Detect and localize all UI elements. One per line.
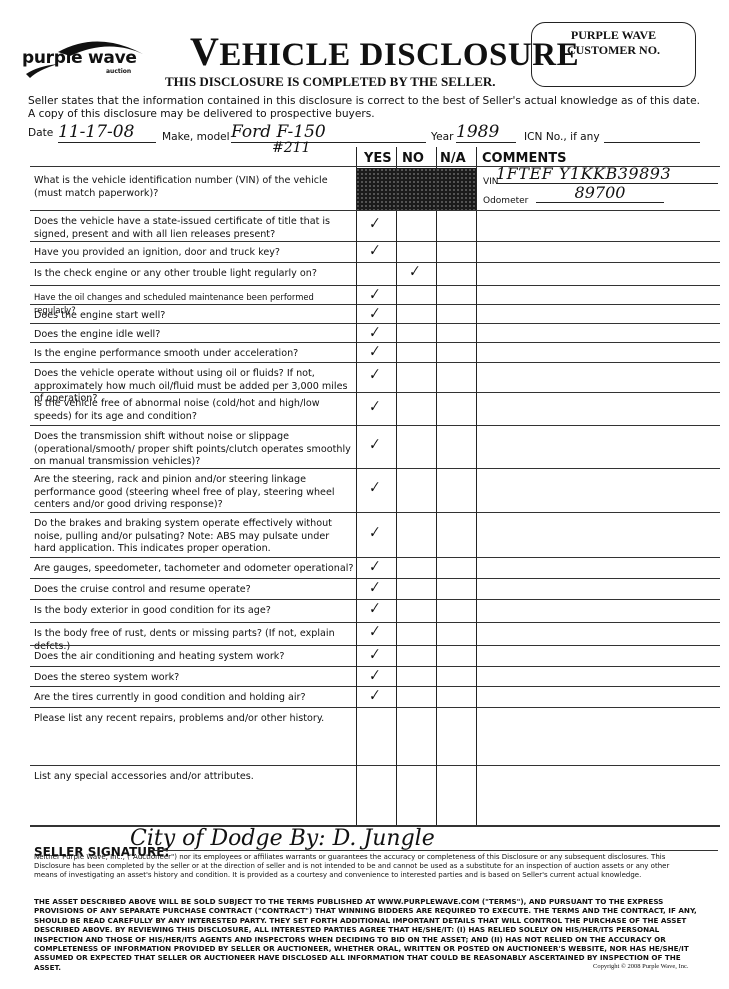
answer-cell-yes[interactable]: ✓: [356, 512, 396, 557]
column-divider: [396, 147, 397, 825]
signature-line: [150, 850, 718, 851]
vin-question: What is the vehicle identification numbe…: [34, 175, 354, 200]
answer-cell-yes[interactable]: ✓: [356, 362, 396, 392]
answer-cell-na[interactable]: [436, 362, 476, 392]
answer-cell-no[interactable]: [396, 425, 436, 468]
column-divider: [356, 147, 357, 825]
answer-cell-no[interactable]: [396, 765, 436, 825]
answer-cell-no[interactable]: [396, 210, 436, 241]
question-row-text: Is the check engine or any other trouble…: [34, 268, 354, 281]
question-row-text: Have you provided an ignition, door and …: [34, 247, 354, 260]
answer-cell-no[interactable]: [396, 342, 436, 362]
question-row-text: Does the vehicle have a state-issued cer…: [34, 216, 354, 241]
column-divider: [436, 147, 437, 825]
answer-cell-na[interactable]: [436, 304, 476, 323]
comments-cell[interactable]: [478, 210, 720, 241]
question-row-text: Are the tires currently in good conditio…: [34, 692, 354, 705]
answer-cell-no[interactable]: ✓: [396, 262, 436, 285]
make-model-label: Make, model: [162, 131, 230, 143]
comments-cell[interactable]: [478, 512, 720, 557]
customer-number-box[interactable]: PURPLE WAVE CUSTOMER NO.: [531, 22, 696, 87]
logo-text: purple wave: [22, 48, 137, 68]
make-model-field[interactable]: Ford F-150: [231, 122, 426, 143]
answer-cell-yes[interactable]: ✓: [356, 686, 396, 707]
make-model-note: #211: [272, 140, 310, 156]
answer-cell-no[interactable]: [396, 304, 436, 323]
answer-cell-yes[interactable]: ✓: [356, 557, 396, 578]
odometer-field[interactable]: 89700: [536, 183, 664, 203]
question-row-text: Does the transmission shift without nois…: [34, 431, 354, 469]
intro-statement: Seller states that the information conta…: [28, 95, 700, 121]
year-label: Year: [431, 131, 453, 143]
check-mark-icon: ✓: [366, 242, 381, 260]
question-row-text: Is the body free of rust, dents or missi…: [34, 628, 354, 653]
answer-cell-yes[interactable]: ✓: [356, 323, 396, 342]
check-mark-icon: ✓: [366, 558, 381, 576]
question-row-text: List any special accessories and/or attr…: [34, 771, 354, 784]
answer-cell-no[interactable]: [396, 557, 436, 578]
page-subtitle: THIS DISCLOSURE IS COMPLETED BY THE SELL…: [165, 74, 496, 90]
comments-cell[interactable]: [478, 241, 720, 262]
question-row-text: Do the brakes and braking system operate…: [34, 518, 354, 556]
date-field[interactable]: 11-17-08: [58, 122, 156, 143]
question-row-text: Is the engine performance smooth under a…: [34, 348, 354, 361]
answer-cell-na[interactable]: [436, 512, 476, 557]
comments-cell[interactable]: [478, 686, 720, 707]
comments-cell[interactable]: [478, 468, 720, 512]
answer-cell-na[interactable]: [436, 241, 476, 262]
comments-cell[interactable]: [478, 342, 720, 362]
question-row-text: Are the steering, rack and pinion and/or…: [34, 474, 354, 512]
check-mark-icon: ✓: [406, 263, 421, 281]
check-mark-icon: ✓: [366, 479, 381, 497]
check-mark-icon: ✓: [366, 343, 381, 361]
answer-cell-no[interactable]: [396, 686, 436, 707]
answer-cell-yes[interactable]: ✓: [356, 425, 396, 468]
comments-cell[interactable]: [478, 362, 720, 392]
check-mark-icon: ✓: [366, 286, 381, 304]
column-divider: [476, 147, 477, 825]
answer-cell-yes[interactable]: ✓: [356, 666, 396, 686]
answer-cell-no[interactable]: [396, 622, 436, 645]
question-row-text: Does the engine start well?: [34, 310, 354, 323]
answer-cell-yes[interactable]: ✓: [356, 468, 396, 512]
check-mark-icon: ✓: [366, 687, 381, 705]
check-mark-icon: ✓: [366, 435, 381, 453]
copyright-text: Copyright © 2008 Purple Wave, Inc.: [593, 963, 688, 970]
check-mark-icon: ✓: [366, 646, 381, 664]
answer-cell-no[interactable]: [396, 599, 436, 622]
answer-cell-no[interactable]: [396, 362, 436, 392]
check-mark-icon: ✓: [366, 324, 381, 342]
check-mark-icon: ✓: [366, 397, 381, 415]
col-yes-header: YES: [364, 151, 392, 166]
question-row-text: Does the cruise control and resume opera…: [34, 584, 354, 597]
purple-wave-logo: purple wave auction: [18, 36, 158, 78]
answer-cell-na[interactable]: [436, 468, 476, 512]
answer-cell-yes[interactable]: ✓: [356, 285, 396, 304]
icn-label: ICN No., if any: [524, 131, 600, 143]
question-row-text: Is the vehicle free of abnormal noise (c…: [34, 398, 354, 423]
check-mark-icon: ✓: [366, 305, 381, 323]
answer-cell-no[interactable]: [396, 323, 436, 342]
comments-cell[interactable]: [478, 578, 720, 599]
answer-cell-no[interactable]: [396, 392, 436, 425]
check-mark-icon: ✓: [366, 366, 381, 384]
answer-cell-na[interactable]: [436, 392, 476, 425]
logo-subtext: auction: [106, 68, 131, 75]
comments-cell[interactable]: [478, 599, 720, 622]
answer-cell-no[interactable]: [396, 512, 436, 557]
answer-cell-na[interactable]: [436, 210, 476, 241]
answer-cell-yes[interactable]: [356, 707, 396, 765]
seller-signature-field[interactable]: City of Dodge By: D. Jungle: [130, 826, 435, 851]
answer-cell-na[interactable]: [436, 285, 476, 304]
disclaimer-text: Neither Purple Wave, Inc., ("Auctioneer"…: [34, 853, 694, 879]
answer-cell-na[interactable]: [436, 323, 476, 342]
icn-field[interactable]: [604, 130, 700, 143]
question-row-text: Please list any recent repairs, problems…: [34, 713, 354, 726]
answer-cell-no[interactable]: [396, 468, 436, 512]
customer-number-label: PURPLE WAVE CUSTOMER NO.: [532, 28, 695, 58]
year-field[interactable]: 1989: [456, 122, 516, 143]
answer-cell-yes[interactable]: ✓: [356, 392, 396, 425]
comments-cell[interactable]: [478, 645, 720, 666]
answer-cell-yes[interactable]: ✓: [356, 210, 396, 241]
header-divider: [30, 166, 720, 167]
col-na-header: N/A: [440, 151, 466, 166]
question-row-text: Are gauges, speedometer, tachometer and …: [34, 563, 354, 576]
check-mark-icon: ✓: [366, 600, 381, 618]
answer-cell-no[interactable]: [396, 645, 436, 666]
answer-cell-no[interactable]: [396, 666, 436, 686]
comments-cell[interactable]: [478, 262, 720, 285]
col-no-header: NO: [402, 151, 424, 166]
question-row-text: Does the air conditioning and heating sy…: [34, 651, 354, 664]
answer-cell-na[interactable]: [436, 262, 476, 285]
question-row-text: Does the engine idle well?: [34, 329, 354, 342]
comments-cell[interactable]: [478, 765, 720, 825]
answer-cell-no[interactable]: [396, 241, 436, 262]
check-mark-icon: ✓: [366, 214, 381, 232]
answer-cell-yes[interactable]: ✓: [356, 304, 396, 323]
page-title: VEHICLE DISCLOSURE: [190, 28, 579, 75]
odometer-label: Odometer: [483, 196, 528, 206]
answer-cell-yes[interactable]: [356, 765, 396, 825]
answer-cell-na[interactable]: [436, 765, 476, 825]
check-mark-icon: ✓: [366, 579, 381, 597]
check-mark-icon: ✓: [366, 667, 381, 685]
check-mark-icon: ✓: [366, 523, 381, 541]
comments-cell[interactable]: [478, 622, 720, 645]
section-divider: [30, 826, 720, 827]
comments-cell[interactable]: [478, 285, 720, 304]
answer-cell-na[interactable]: [436, 666, 476, 686]
answer-cell-yes[interactable]: ✓: [356, 622, 396, 645]
answer-cell-na[interactable]: [436, 557, 476, 578]
question-row-text: Is the body exterior in good condition f…: [34, 605, 354, 618]
comments-cell[interactable]: [478, 557, 720, 578]
comments-cell[interactable]: [478, 666, 720, 686]
answer-cell-na[interactable]: [436, 425, 476, 468]
comments-cell[interactable]: [478, 392, 720, 425]
answer-cell-no[interactable]: [396, 578, 436, 599]
comments-cell[interactable]: [478, 425, 720, 468]
answer-cell-yes[interactable]: ✓: [356, 241, 396, 262]
question-row-text: Does the stereo system work?: [34, 672, 354, 685]
answer-cell-na[interactable]: [436, 686, 476, 707]
answer-cell-yes[interactable]: [356, 262, 396, 285]
check-mark-icon: ✓: [366, 623, 381, 641]
answer-cell-na[interactable]: [436, 645, 476, 666]
comments-cell[interactable]: [478, 707, 720, 765]
legal-terms-text: THE ASSET DESCRIBED ABOVE WILL BE SOLD S…: [34, 897, 699, 972]
answer-cell-yes[interactable]: ✓: [356, 645, 396, 666]
answer-cell-na[interactable]: [436, 622, 476, 645]
answer-cell-no[interactable]: [396, 285, 436, 304]
date-label: Date: [28, 127, 53, 139]
answer-cell-na[interactable]: [436, 342, 476, 362]
comments-cell[interactable]: [478, 304, 720, 323]
header-divider: [30, 210, 720, 211]
comments-cell[interactable]: [478, 323, 720, 342]
answer-cell-no[interactable]: [396, 707, 436, 765]
answer-cell-yes[interactable]: ✓: [356, 599, 396, 622]
answer-cell-yes[interactable]: ✓: [356, 342, 396, 362]
answer-cell-na[interactable]: [436, 578, 476, 599]
answer-cell-yes[interactable]: ✓: [356, 578, 396, 599]
answer-cell-na[interactable]: [436, 707, 476, 765]
vin-shaded-block: [356, 168, 476, 210]
answer-cell-na[interactable]: [436, 599, 476, 622]
